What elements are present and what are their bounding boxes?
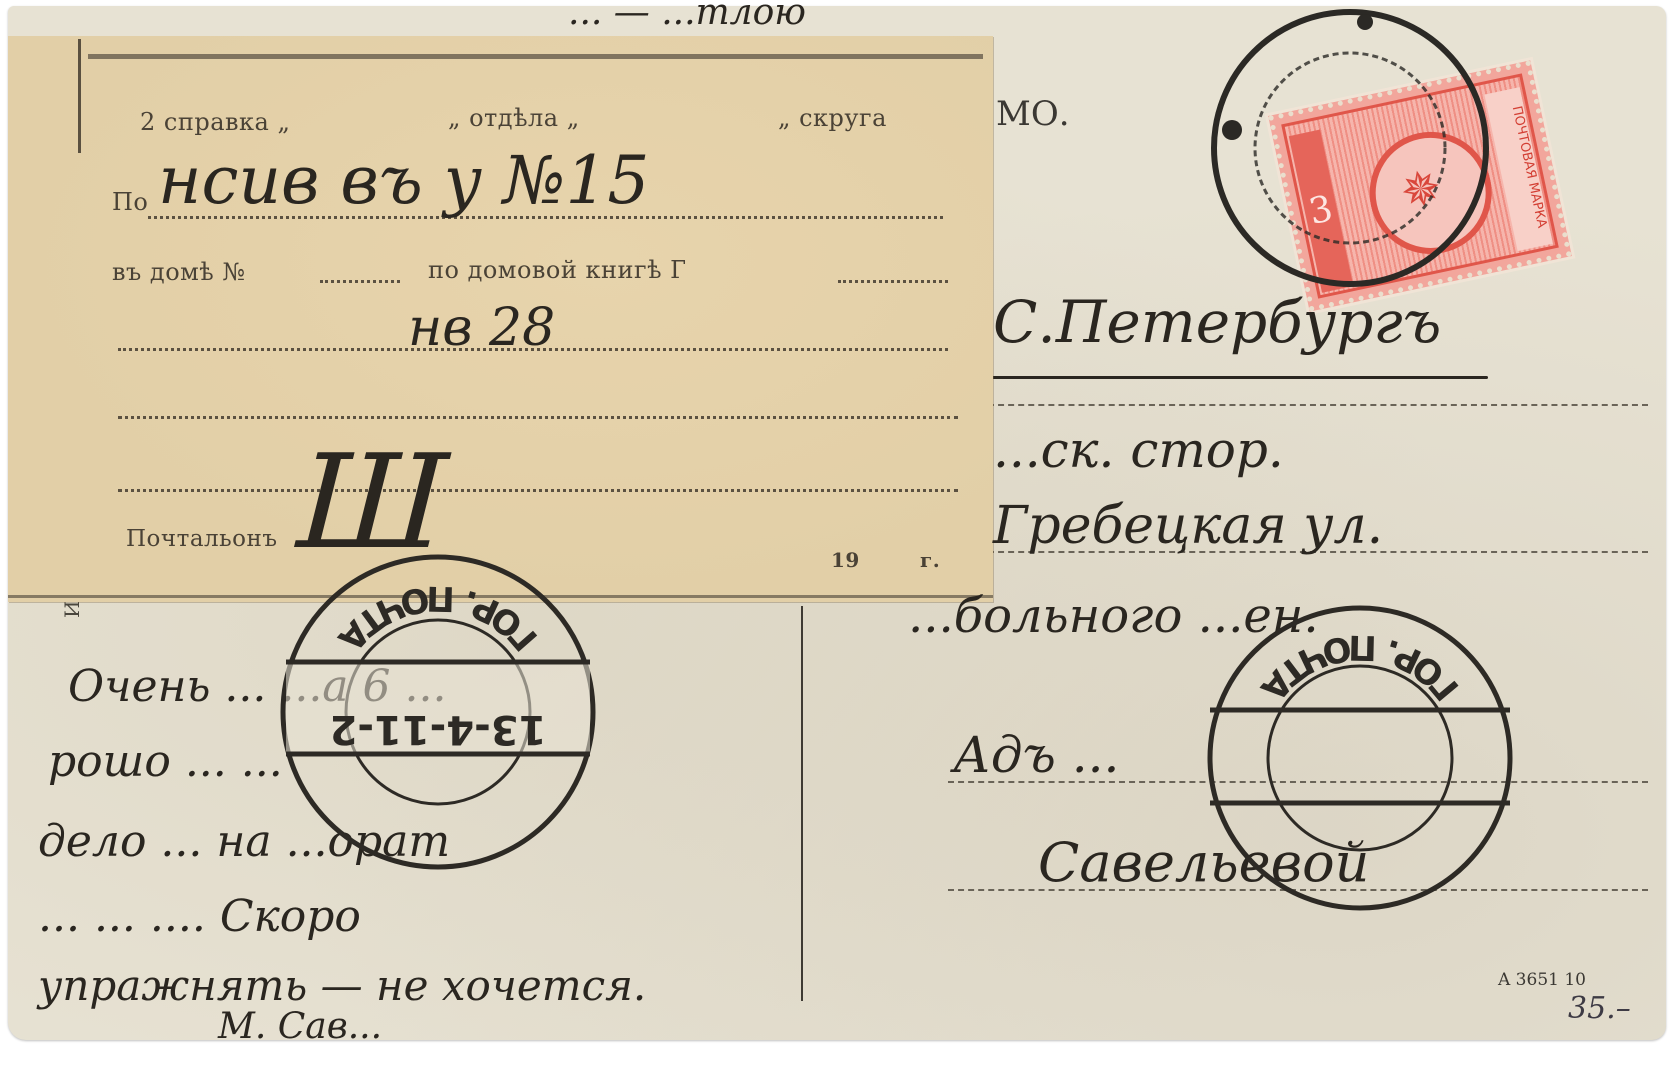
pencil-price: 35.– [1568, 991, 1631, 1026]
label-line-3 [118, 348, 948, 351]
top-handwriting: ... — ...тлою [568, 0, 806, 33]
label-house-line [320, 280, 400, 283]
address-line-1: С.Петербургъ [993, 288, 1441, 356]
stamp-inscription: ПОЧТОВАЯ МАРКА [1484, 87, 1552, 251]
label-field-okruga: „ скруга [778, 104, 887, 132]
message-address-divider [801, 606, 803, 1001]
address-line-3: Гребецкая ул. [993, 496, 1383, 556]
postcard: МО. Изданіе Д... 3 ✵ ПОЧТОВАЯ МАРКА A 36… [8, 6, 1666, 1040]
postal-inquiry-label: 2 справка „ „ отдѣла „ „ скруга По нсив … [8, 36, 993, 602]
catalog-number: A 3651 10 [1498, 970, 1586, 990]
label-year-field: 19 [831, 548, 860, 572]
message-line-2: рошо ... ... [48, 736, 283, 787]
label-bottom-rule [8, 595, 993, 598]
address-line-6: Савельевой [1038, 831, 1369, 894]
message-line-3: дело ... на ...орат [38, 816, 450, 867]
label-top-rule [88, 54, 983, 59]
stamp-frame: 3 ✵ ПОЧТОВАЯ МАРКА [1281, 73, 1559, 298]
label-field-otdela: „ отдѣла „ [448, 104, 580, 132]
label-left-rule [78, 39, 81, 153]
address-line [988, 404, 1648, 406]
label-field-spravka: 2 справка „ [140, 108, 290, 136]
address-underline [988, 376, 1488, 379]
stamp-denomination: 3 [1289, 130, 1354, 293]
label-postman-field: Почтальонъ [126, 526, 278, 552]
printed-heading-fragment: МО. [996, 94, 1070, 134]
message-line-4: ... ... .... Скоро [38, 891, 361, 942]
label-line1-handwriting: нсив въ у №15 [158, 142, 649, 219]
label-year-suffix: г. [920, 548, 940, 572]
address-line-4: ...больного ...ен. [908, 588, 1319, 644]
postman-signature: Ш [279, 426, 465, 578]
message-line-5: упражнять — не хочется. [38, 961, 646, 1010]
label-housebook-line [838, 280, 948, 283]
message-line-1: Очень ... ...а 6 ... [68, 661, 446, 712]
label-house-field: въ домѣ № [112, 258, 246, 286]
label-line1-prefix: По [112, 188, 148, 216]
label-housebook-field: по домовой книгѣ Г [428, 256, 687, 284]
address-line-2: ...ск. стор. [993, 421, 1284, 479]
label-line-5 [118, 489, 958, 492]
message-signature: М. Сав... [218, 1006, 382, 1047]
address-line-5: Адъ ... [953, 726, 1119, 784]
label-line-4 [118, 416, 958, 419]
postage-stamp: 3 ✵ ПОЧТОВАЯ МАРКА [1268, 60, 1572, 311]
